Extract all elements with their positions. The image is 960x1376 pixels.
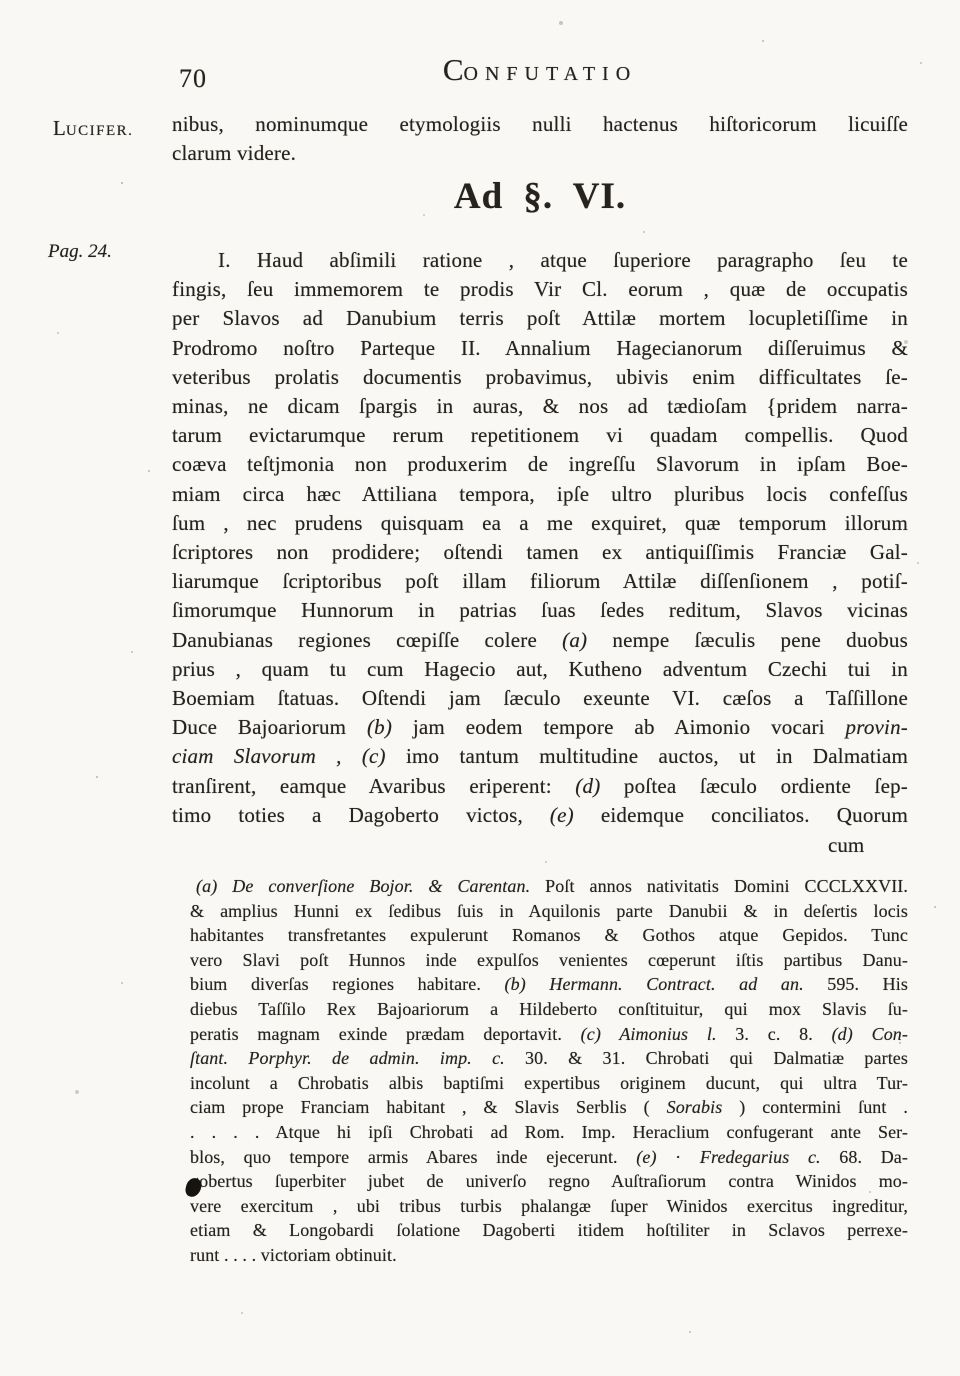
running-title-initial: C — [443, 52, 464, 87]
italic-text-segment: (a) De converſione Bojor. & Carentan. — [196, 876, 530, 896]
text-segment: 68. Da- — [821, 1147, 908, 1167]
text-line: ſimorumque Hunnorum in patrias ſuas ſede… — [172, 596, 908, 625]
text-segment: 595. His — [804, 974, 908, 994]
text-segment: ſcriptores non prodidere; oſtendi tamen … — [172, 540, 908, 564]
text-segment: I. Haud abſimili ratione , atque ſuperio… — [218, 248, 908, 272]
text-line: (a) De converſione Bojor. & Carentan. Po… — [190, 874, 908, 899]
text-line: Duce Bajoariorum (b) jam eodem tempore a… — [172, 713, 908, 742]
text-line: veteribus prolatis documentis probavimus… — [172, 363, 908, 392]
italic-text-segment: (b) Hermann. Contract. ad an. — [505, 974, 804, 994]
text-line: ſum , nec prudens quisquam ea a me exqui… — [172, 509, 908, 538]
margin-note-lucifer: LUCIFER. — [53, 116, 133, 141]
text-line: clarum videre. — [172, 139, 908, 168]
text-segment: Danubianas regiones cœpiſſe colere — [172, 628, 562, 652]
text-segment: ) contermini ſunt . — [722, 1097, 908, 1117]
text-line: timo toties a Dagoberto victos, (e) eide… — [172, 801, 908, 830]
text-line: coæva teſtjmonia non produxerim de ingre… — [172, 450, 908, 479]
text-line: vero Slavi poſt Hunnos inde expulſos ven… — [190, 948, 908, 973]
italic-text-segment: (e) — [636, 1147, 656, 1167]
text-line: ciam prope Franciam habitant , & Slavis … — [190, 1095, 908, 1120]
text-line: Boemiam ſtatuas. Oſtendi jam ſæculo exeu… — [172, 684, 908, 713]
text-line: tarum evictarumque rerum repetitionem vi… — [172, 421, 908, 450]
italic-text-segment: (d) — [575, 774, 600, 798]
catchword: cum — [828, 833, 864, 858]
text-line: ciam Slavorum , (c) imo tantum multitudi… — [172, 742, 908, 771]
italic-text-segment: ciam Slavorum , — [172, 744, 342, 768]
text-line: ſtant. Porphyr. de admin. imp. c. 30. & … — [190, 1046, 908, 1071]
text-segment: blos, quo tempore armis Abares inde ejec… — [190, 1147, 636, 1167]
book-page: 70 CONFUTATIO LUCIFER. nibus, nominumque… — [0, 0, 960, 1376]
running-title-rest: ONFUTATIO — [464, 63, 638, 85]
text-segment: eidemque conciliatos. Quorum — [574, 803, 908, 827]
section-heading: Ad §. VI. — [172, 175, 908, 218]
text-segment: timo toties a Dagoberto victos, — [172, 803, 550, 827]
text-line: fingis, ſeu immemorem te prodis Vir Cl. … — [172, 275, 908, 304]
text-segment: liarumque ſcriptoribus poſt illam filior… — [172, 569, 908, 593]
text-segment: Boemiam ſtatuas. Oſtendi jam ſæculo exeu… — [172, 686, 908, 710]
text-segment: veteribus prolatis documentis probavimus… — [172, 365, 908, 389]
text-line: miam circa hæc Attiliana tempora, ipſe u… — [172, 480, 908, 509]
margin-note-lucifer-rest: UCIFER. — [66, 123, 134, 139]
text-segment: clarum videre. — [172, 141, 296, 165]
text-segment: Duce Bajoariorum — [172, 715, 367, 739]
text-segment: ſum , nec prudens quisquam ea a me exqui… — [172, 511, 908, 535]
text-line: blos, quo tempore armis Abares inde ejec… — [190, 1145, 908, 1170]
text-segment: tranſirent, eamque Avaribus eriperent: — [172, 774, 575, 798]
text-segment: nempe ſæculis pene duobus — [587, 628, 908, 652]
text-segment: imo tantum multitudine auctos, ut in Dal… — [386, 744, 908, 768]
text-segment: vero Slavi poſt Hunnos inde expulſos ven… — [190, 950, 908, 970]
text-segment: ſimorumque Hunnorum in patrias ſuas ſede… — [172, 598, 908, 622]
text-line: ſcriptores non prodidere; oſtendi tamen … — [172, 538, 908, 567]
text-line: diebus Taſſilo Rex Bajoariorum a Hildebe… — [190, 997, 908, 1022]
text-segment: minas, ne dicam ſpargis in auras, & nos … — [172, 394, 908, 418]
text-line: runt . . . . victoriam obtinuit. — [190, 1243, 908, 1268]
text-line: liarumque ſcriptoribus poſt illam filior… — [172, 567, 908, 596]
italic-text-segment: (b) — [367, 715, 392, 739]
text-segment: vere exercitum , ubi tribus turbis phala… — [190, 1196, 908, 1216]
text-segment: runt . . . . victoriam obtinuit. — [190, 1245, 397, 1265]
text-segment: Prodromo noſtro Parteque II. Annalium Ha… — [172, 336, 908, 360]
text-segment: nibus, nominumque etymologiis nulli hact… — [172, 112, 908, 136]
scan-speckles — [0, 0, 2, 2]
text-segment: · — [657, 1147, 700, 1167]
text-line: nibus, nominumque etymologiis nulli hact… — [172, 110, 908, 139]
text-line: prius , quam tu cum Hagecio aut, Kutheno… — [172, 655, 908, 684]
text-segment: coæva teſtjmonia non produxerim de ingre… — [172, 452, 908, 476]
text-line: vere exercitum , ubi tribus turbis phala… — [190, 1194, 908, 1219]
text-line: I. Haud abſimili ratione , atque ſuperio… — [172, 246, 908, 275]
text-line: peratis magnam exinde prædam deportavit.… — [190, 1022, 908, 1047]
text-segment: etiam & Longobardi ſolatione Dagoberti i… — [190, 1220, 908, 1240]
margin-note-page-ref: Pag. 24. — [48, 241, 112, 263]
italic-text-segment: (c) Aimonius l. — [581, 1024, 717, 1044]
italic-text-segment: (e) — [550, 803, 574, 827]
text-line: Prodromo noſtro Parteque II. Annalium Ha… — [172, 334, 908, 363]
text-segment: incolunt a Chrobatis albis baptiſmi expe… — [190, 1073, 908, 1093]
margin-note-lucifer-initial: L — [53, 116, 66, 140]
text-line: & amplius Hunni ex ſedibus ſuis in Aquil… — [190, 899, 908, 924]
text-segment: ciam prope Franciam habitant , & Slavis … — [190, 1097, 667, 1117]
text-segment: per Slavos ad Danubium terris poſt Attil… — [172, 306, 908, 330]
italic-text-segment: (d) Con- — [832, 1024, 908, 1044]
text-segment: habitantes transfretantes expulerunt Rom… — [190, 925, 908, 945]
footnotes-block: (a) De converſione Bojor. & Carentan. Po… — [190, 874, 908, 1268]
text-segment: & amplius Hunni ex ſedibus ſuis in Aquil… — [190, 901, 908, 921]
text-line: Danubianas regiones cœpiſſe colere (a) n… — [172, 626, 908, 655]
text-segment: jam eodem tempore ab Aimonio vocari — [392, 715, 845, 739]
text-segment: . . . . Atque hi ipſi Chrobati ad Rom. I… — [190, 1122, 908, 1142]
text-segment: fingis, ſeu immemorem te prodis Vir Cl. … — [172, 277, 908, 301]
text-segment: prius , quam tu cum Hagecio aut, Kutheno… — [172, 657, 908, 681]
text-segment: poſtea ſæculo ordiente ſep- — [600, 774, 908, 798]
text-line: gobertus ſuperbiter jubet de univerſo re… — [190, 1169, 908, 1194]
text-segment: 30. & 31. Chrobati qui Dalmatiæ partes — [505, 1048, 908, 1068]
text-segment: tarum evictarumque rerum repetitionem vi… — [172, 423, 908, 447]
text-line: tranſirent, eamque Avaribus eriperent: (… — [172, 772, 908, 801]
text-line: . . . . Atque hi ipſi Chrobati ad Rom. I… — [190, 1120, 908, 1145]
text-line: per Slavos ad Danubium terris poſt Attil… — [172, 304, 908, 333]
text-line: bium diverſas regiones habitare. (b) Her… — [190, 972, 908, 997]
intro-paragraph: nibus, nominumque etymologiis nulli hact… — [172, 110, 908, 168]
italic-text-segment: provin- — [846, 715, 908, 739]
text-segment: bium diverſas regiones habitare. — [190, 974, 505, 994]
text-segment: Poſt annos nativitatis Domini CCCLXXVII. — [530, 876, 908, 896]
text-segment: 3. c. 8. — [717, 1024, 832, 1044]
main-paragraph: I. Haud abſimili ratione , atque ſuperio… — [172, 246, 908, 830]
text-segment: miam circa hæc Attiliana tempora, ipſe u… — [172, 482, 908, 506]
text-segment: diebus Taſſilo Rex Bajoariorum a Hildebe… — [190, 999, 908, 1019]
text-segment: gobertus ſuperbiter jubet de univerſo re… — [190, 1171, 908, 1191]
italic-text-segment: (a) — [562, 628, 587, 652]
italic-text-segment: Fredegarius c. — [700, 1147, 821, 1167]
text-segment — [342, 744, 362, 768]
text-line: habitantes transfretantes expulerunt Rom… — [190, 923, 908, 948]
running-title: CONFUTATIO — [172, 52, 908, 88]
text-line: etiam & Longobardi ſolatione Dagoberti i… — [190, 1218, 908, 1243]
text-line: incolunt a Chrobatis albis baptiſmi expe… — [190, 1071, 908, 1096]
italic-text-segment: ſtant. Porphyr. de admin. imp. c. — [190, 1048, 505, 1068]
italic-text-segment: Sorabis — [667, 1097, 723, 1117]
italic-text-segment: (c) — [362, 744, 386, 768]
text-line: minas, ne dicam ſpargis in auras, & nos … — [172, 392, 908, 421]
text-segment: peratis magnam exinde prædam deportavit. — [190, 1024, 581, 1044]
